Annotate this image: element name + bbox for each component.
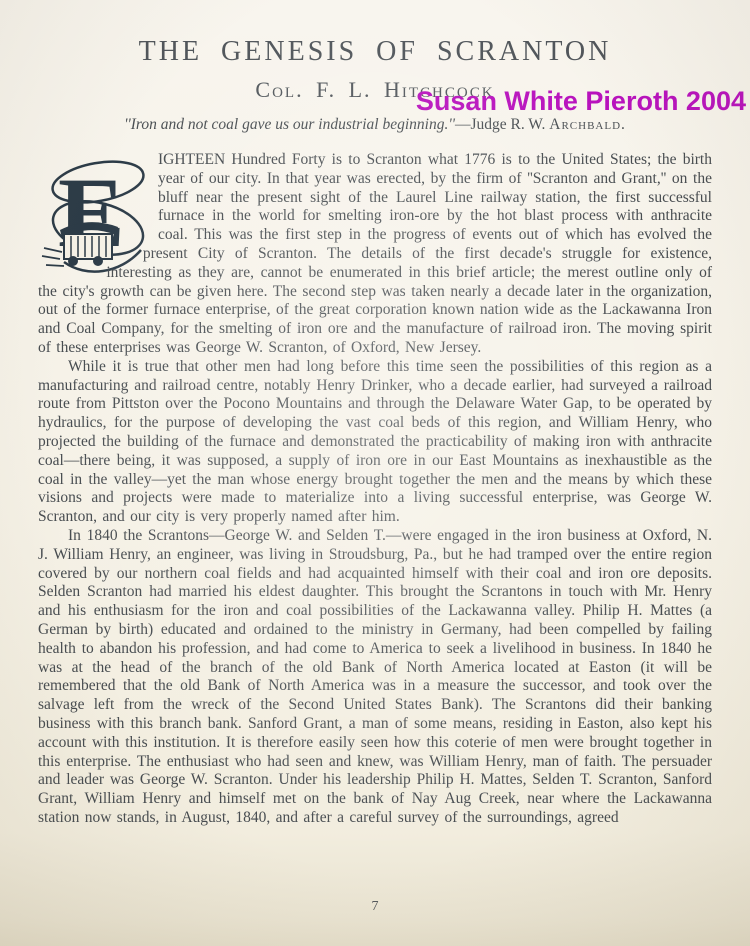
epigraph-attribution-name: Archbald.	[549, 116, 626, 133]
scanned-book-page: THE GENESIS OF SCRANTON Col. F. L. Hitch…	[0, 0, 750, 946]
epigraph: ''Iron and not coal gave us our industri…	[0, 116, 750, 134]
page-title: THE GENESIS OF SCRANTON	[0, 0, 750, 68]
epigraph-attribution: —Judge R. W. Archbald.	[455, 116, 626, 133]
ornate-initial-E-icon: E	[38, 154, 150, 278]
epigraph-quote: ''Iron and not coal gave us our industri…	[124, 116, 455, 133]
paragraph-1: E IGHTEEN	[38, 151, 712, 358]
trolley-car-icon	[42, 222, 118, 266]
paragraph-2: While it is true that other men had long…	[38, 358, 712, 527]
article-body: E IGHTEEN	[38, 151, 712, 828]
paragraph-3: In 1840 the Scrantons—George W. and Seld…	[38, 527, 712, 828]
page-number: 7	[0, 899, 750, 915]
ownership-watermark: Susan White Pieroth 2004	[416, 86, 746, 117]
